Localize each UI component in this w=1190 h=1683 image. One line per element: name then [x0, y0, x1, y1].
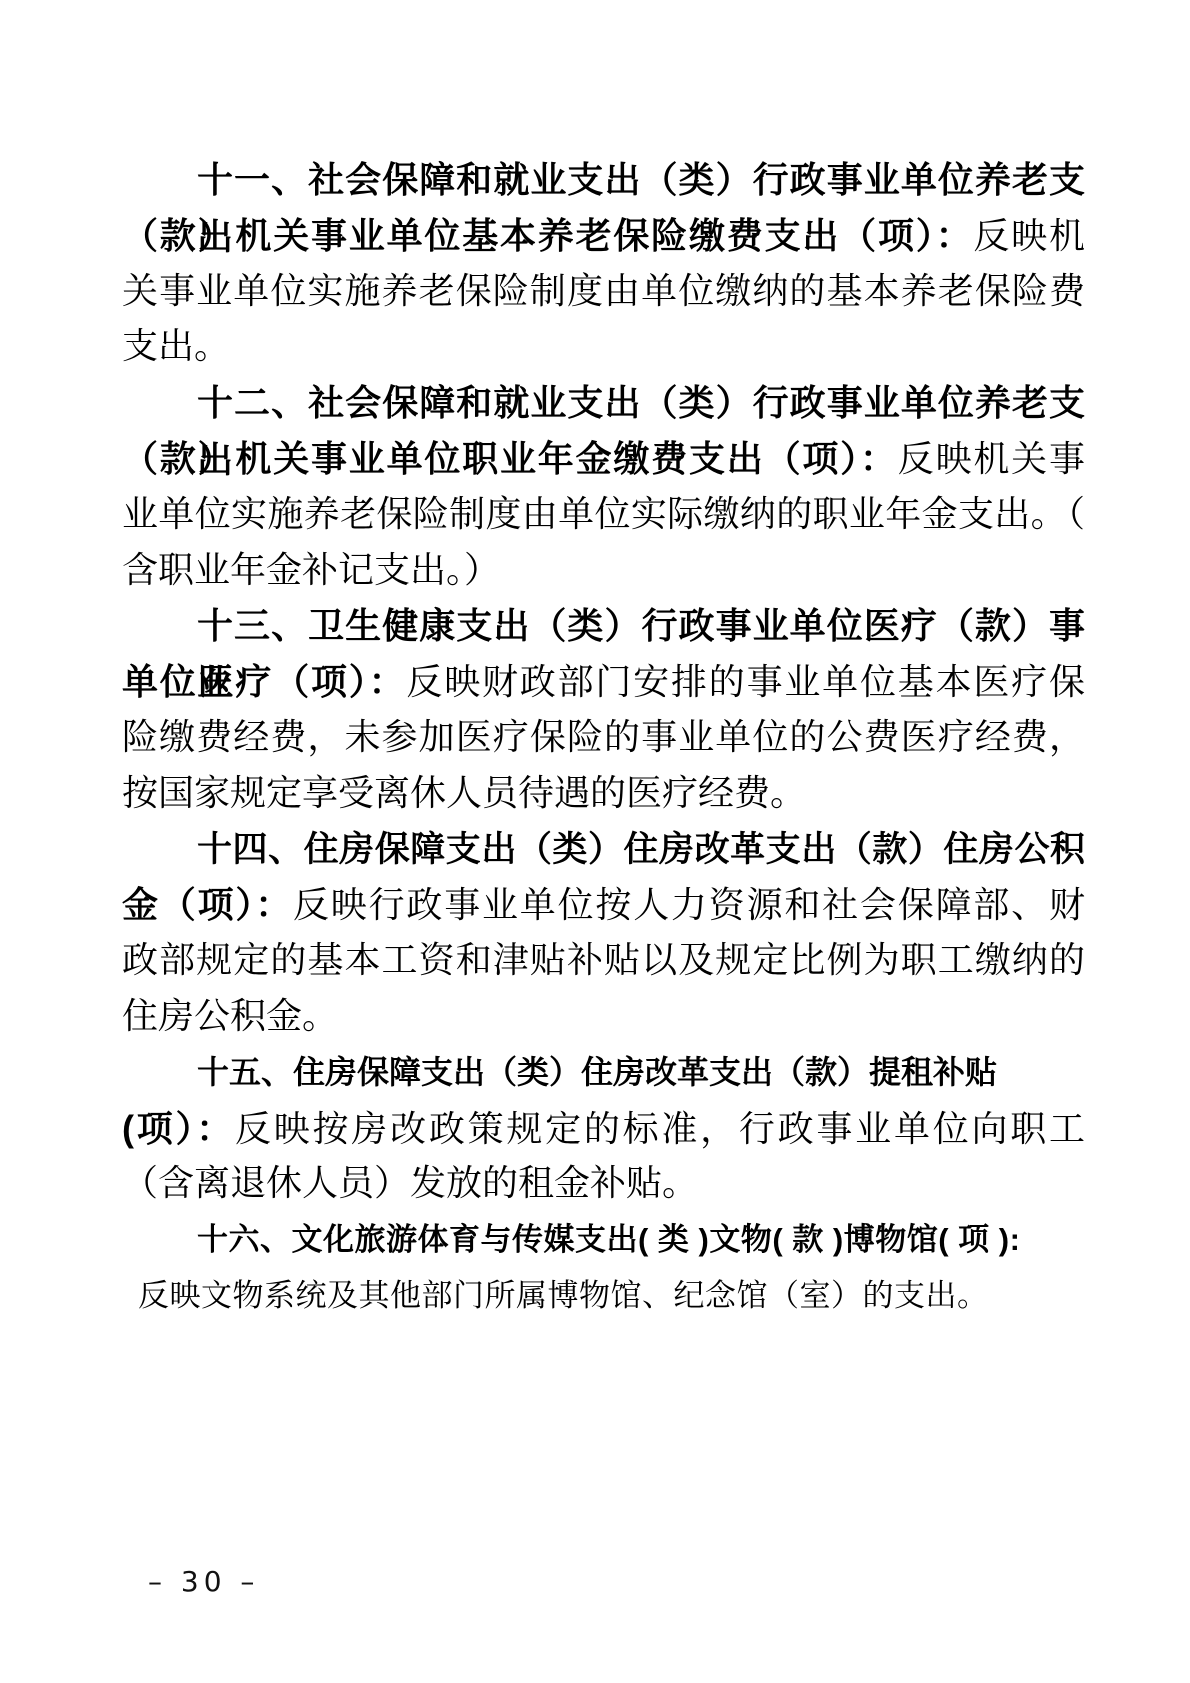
text-line: 十五、住房保障支出（类）住房改革支出（款）提租补贴 [122, 1045, 1085, 1101]
text-line: 按国家规定享受离休人员待遇的医疗经费。 [122, 766, 1085, 822]
document-page: 十一、社会保障和就业支出（类）行政事业单位养老支出（款）机关事业单位基本养老保险… [0, 0, 1190, 1683]
body-segment: 反映机关事 [898, 439, 1085, 479]
heading-segment: 单位医疗（项）： [122, 661, 406, 702]
text-line: 住房公积金。 [122, 989, 1085, 1045]
text-line: 反映文物系统及其他部门所属博物馆、纪念馆（室）的支出。 [122, 1268, 1085, 1324]
item-15: 十五、住房保障支出（类）住房改革支出（款）提租补贴(项）：反映按房改政策规定的标… [122, 1045, 1085, 1212]
body-segment: 反映机 [973, 216, 1085, 256]
text-line: 十六、文化旅游体育与传媒支出( 类 )文物( 款 )博物馆( 项 ): [122, 1212, 1085, 1268]
text-line: （含离退休人员）发放的租金补贴。 [122, 1156, 1085, 1212]
item-11: 十一、社会保障和就业支出（类）行政事业单位养老支出（款）机关事业单位基本养老保险… [122, 152, 1085, 375]
text-line: 业单位实施养老保险制度由单位实际缴纳的职业年金支出。（ [122, 487, 1085, 543]
page-number: – 30 – [148, 1565, 259, 1598]
heading-segment: 金（项）： [122, 884, 293, 925]
text-line: 政部规定的基本工资和津贴补贴以及规定比例为职工缴纳的 [122, 933, 1085, 989]
body-segment: 支出。 [122, 326, 230, 366]
heading-segment: 十四、住房保障支出（类）住房改革支出（款）住房公积 [197, 830, 1085, 869]
body-segment: 反映按房改政策规定的标准，行政事业单位向职工 [235, 1109, 1085, 1149]
body-segment: 险缴费经费，未参加医疗保险的事业单位的公费医疗经费， [122, 717, 1085, 757]
heading-segment: (项）： [122, 1108, 235, 1149]
text-line: 十三、卫生健康支出（类）行政事业单位医疗（款）事业 [122, 598, 1085, 654]
body-segment: 政部规定的基本工资和津贴补贴以及规定比例为职工缴纳的 [122, 940, 1085, 980]
text-line: 十二、社会保障和就业支出（类）行政事业单位养老支出 [122, 375, 1085, 431]
document-body: 十一、社会保障和就业支出（类）行政事业单位养老支出（款）机关事业单位基本养老保险… [122, 152, 1085, 1324]
text-line: 支出。 [122, 319, 1085, 375]
body-segment: 反映行政事业单位按人力资源和社会保障部、财 [293, 885, 1085, 925]
text-line: 单位医疗（项）：反映财政部门安排的事业单位基本医疗保 [122, 654, 1085, 710]
item-12: 十二、社会保障和就业支出（类）行政事业单位养老支出（款）机关事业单位职业年金缴费… [122, 375, 1085, 598]
body-segment: 反映文物系统及其他部门所属博物馆、纪念馆（室）的支出。 [138, 1278, 989, 1313]
body-segment: 业单位实施养老保险制度由单位实际缴纳的职业年金支出。（ [122, 494, 1085, 534]
text-line: 含职业年金补记支出。） [122, 543, 1085, 599]
body-segment: 关事业单位实施养老保险制度由单位缴纳的基本养老保险费 [122, 271, 1085, 311]
text-line: 十一、社会保障和就业支出（类）行政事业单位养老支出 [122, 152, 1085, 208]
text-line: 金（项）：反映行政事业单位按人力资源和社会保障部、财 [122, 877, 1085, 933]
body-segment: 反映财政部门安排的事业单位基本医疗保 [406, 662, 1085, 702]
item-14: 十四、住房保障支出（类）住房改革支出（款）住房公积金（项）：反映行政事业单位按人… [122, 822, 1085, 1045]
body-segment: （含离退休人员）发放的租金补贴。 [122, 1163, 698, 1203]
text-line: 十四、住房保障支出（类）住房改革支出（款）住房公积 [122, 822, 1085, 878]
heading-segment: （款）机关事业单位基本养老保险缴费支出（项）： [122, 215, 973, 256]
heading-segment: 十六、文化旅游体育与传媒支出( 类 )文物( 款 )博物馆( 项 ): [197, 1222, 1020, 1257]
body-segment: 按国家规定享受离休人员待遇的医疗经费。 [122, 773, 806, 813]
body-segment: 含职业年金补记支出。） [122, 550, 500, 590]
page-footer: – 30 – [148, 1565, 259, 1598]
heading-segment: 十五、住房保障支出（类）住房改革支出（款）提租补贴 [197, 1054, 997, 1090]
text-line: （款）机关事业单位基本养老保险缴费支出（项）：反映机 [122, 208, 1085, 264]
text-line: 关事业单位实施养老保险制度由单位缴纳的基本养老保险费 [122, 264, 1085, 320]
item-16: 十六、文化旅游体育与传媒支出( 类 )文物( 款 )博物馆( 项 ):反映文物系… [122, 1212, 1085, 1324]
heading-segment: （款）机关事业单位职业年金缴费支出（项）： [122, 438, 898, 479]
text-line: (项）：反映按房改政策规定的标准，行政事业单位向职工 [122, 1101, 1085, 1157]
text-line: （款）机关事业单位职业年金缴费支出（项）：反映机关事 [122, 431, 1085, 487]
item-13: 十三、卫生健康支出（类）行政事业单位医疗（款）事业单位医疗（项）：反映财政部门安… [122, 598, 1085, 821]
body-segment: 住房公积金。 [122, 996, 338, 1036]
text-line: 险缴费经费，未参加医疗保险的事业单位的公费医疗经费， [122, 710, 1085, 766]
